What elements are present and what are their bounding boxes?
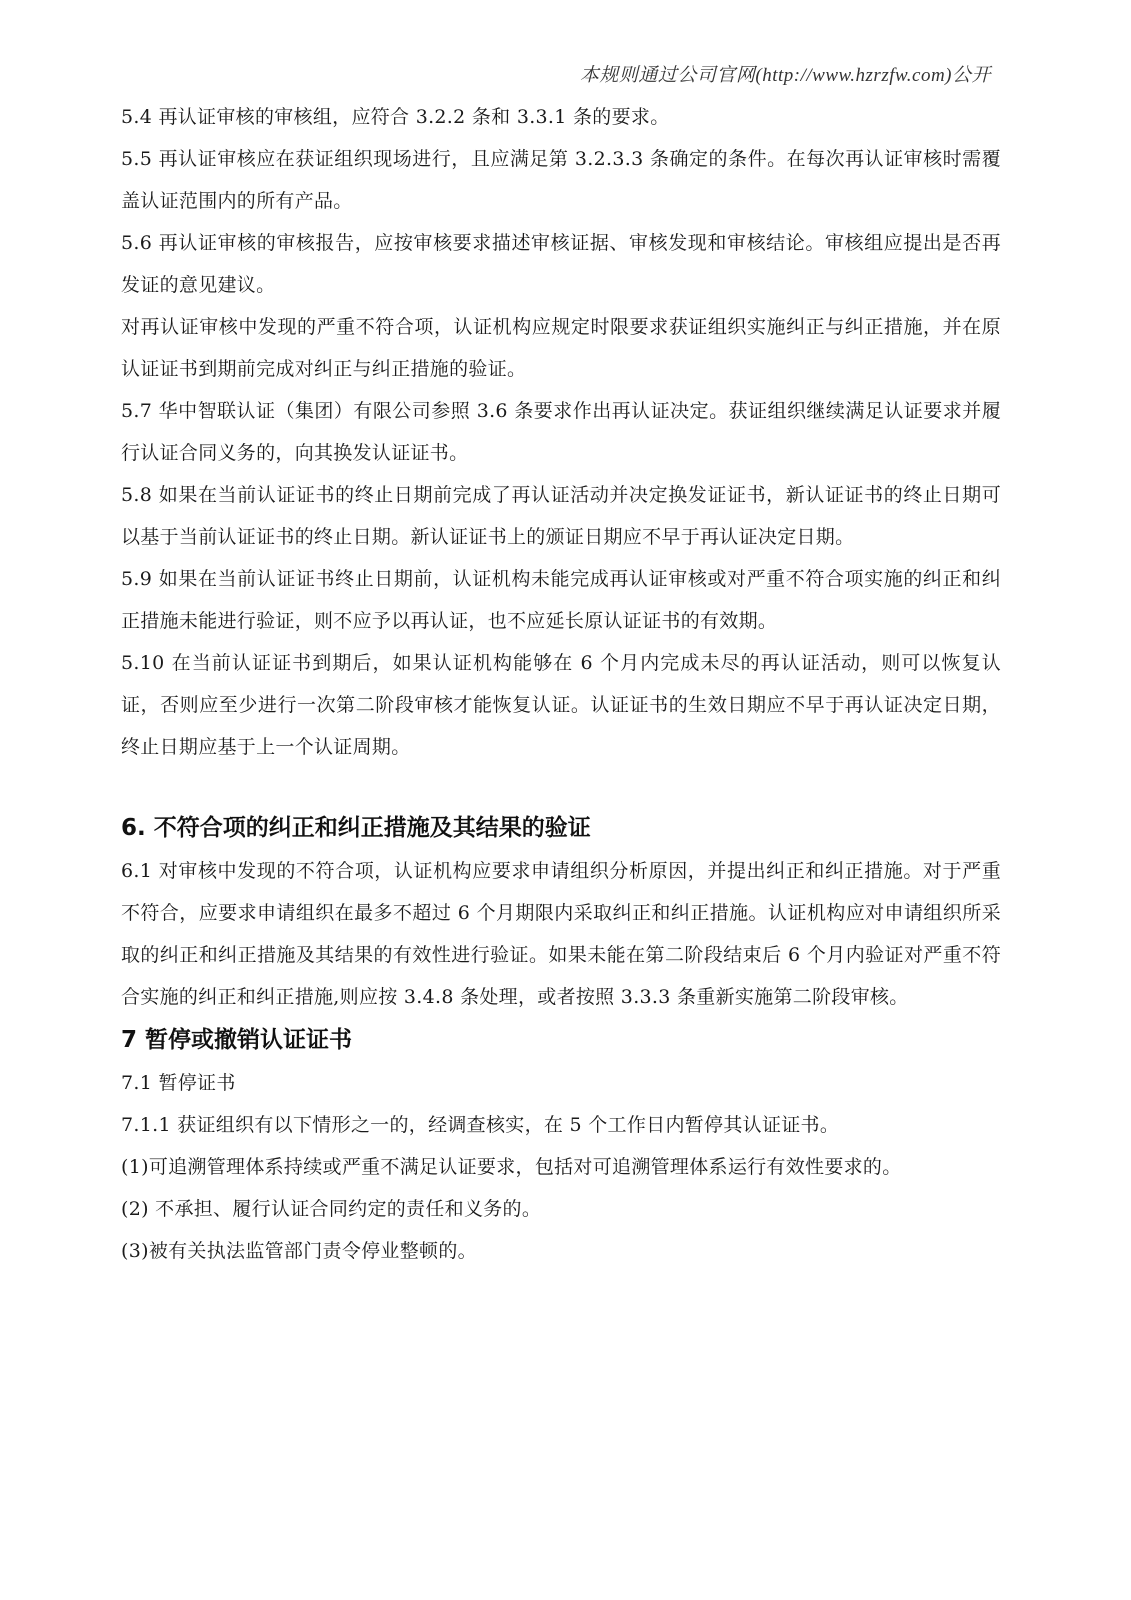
paragraph-5-6-note: 对再认证审核中发现的严重不符合项，认证机构应规定时限要求获证组织实施纠正与纠正措…: [121, 306, 1001, 390]
section-6-nonconformity: 6. 不符合项的纠正和纠正措施及其结果的验证 6.1 对审核中发现的不符合项，认…: [121, 806, 1001, 1018]
paragraph-5-4: 5.4 再认证审核的审核组，应符合 3.2.2 条和 3.3.1 条的要求。: [121, 96, 1001, 138]
paragraph-6-1: 6.1 对审核中发现的不符合项，认证机构应要求申请组织分析原因，并提出纠正和纠正…: [121, 850, 1001, 1018]
section-5-recertification: 5.4 再认证审核的审核组，应符合 3.2.2 条和 3.3.1 条的要求。 5…: [121, 96, 1001, 768]
paragraph-5-5: 5.5 再认证审核应在获证组织现场进行，且应满足第 3.2.3.3 条确定的条件…: [121, 138, 1001, 222]
paragraph-5-7: 5.7 华中智联认证（集团）有限公司参照 3.6 条要求作出再认证决定。获证组织…: [121, 390, 1001, 474]
document-body: 5.4 再认证审核的审核组，应符合 3.2.2 条和 3.3.1 条的要求。 5…: [121, 96, 1001, 1272]
spacer: [121, 768, 1001, 806]
list-item-2: (2) 不承担、履行认证合同约定的责任和义务的。: [121, 1188, 1001, 1230]
paragraph-5-9: 5.9 如果在当前认证证书终止日期前，认证机构未能完成再认证审核或对严重不符合项…: [121, 558, 1001, 642]
list-item-1: (1)可追溯管理体系持续或严重不满足认证要求，包括对可追溯管理体系运行有效性要求…: [121, 1146, 1001, 1188]
page-header-note: 本规则通过公司官网(http://www.hzrzfw.com)公开: [580, 60, 991, 87]
paragraph-7-1-1: 7.1.1 获证组织有以下情形之一的，经调查核实，在 5 个工作日内暂停其认证证…: [121, 1104, 1001, 1146]
list-item-3: (3)被有关执法监管部门责令停业整顿的。: [121, 1230, 1001, 1272]
paragraph-5-8: 5.8 如果在当前认证证书的终止日期前完成了再认证活动并决定换发证证书，新认证证…: [121, 474, 1001, 558]
paragraph-5-10: 5.10 在当前认证证书到期后，如果认证机构能够在 6 个月内完成未尽的再认证活…: [121, 642, 1001, 768]
paragraph-5-6: 5.6 再认证审核的审核报告，应按审核要求描述审核证据、审核发现和审核结论。审核…: [121, 222, 1001, 306]
section-7-heading: 7 暂停或撤销认证证书: [121, 1018, 1001, 1062]
section-6-heading: 6. 不符合项的纠正和纠正措施及其结果的验证: [121, 806, 1001, 850]
section-7-suspension: 7 暂停或撤销认证证书 7.1 暂停证书 7.1.1 获证组织有以下情形之一的，…: [121, 1018, 1001, 1272]
paragraph-7-1: 7.1 暂停证书: [121, 1062, 1001, 1104]
